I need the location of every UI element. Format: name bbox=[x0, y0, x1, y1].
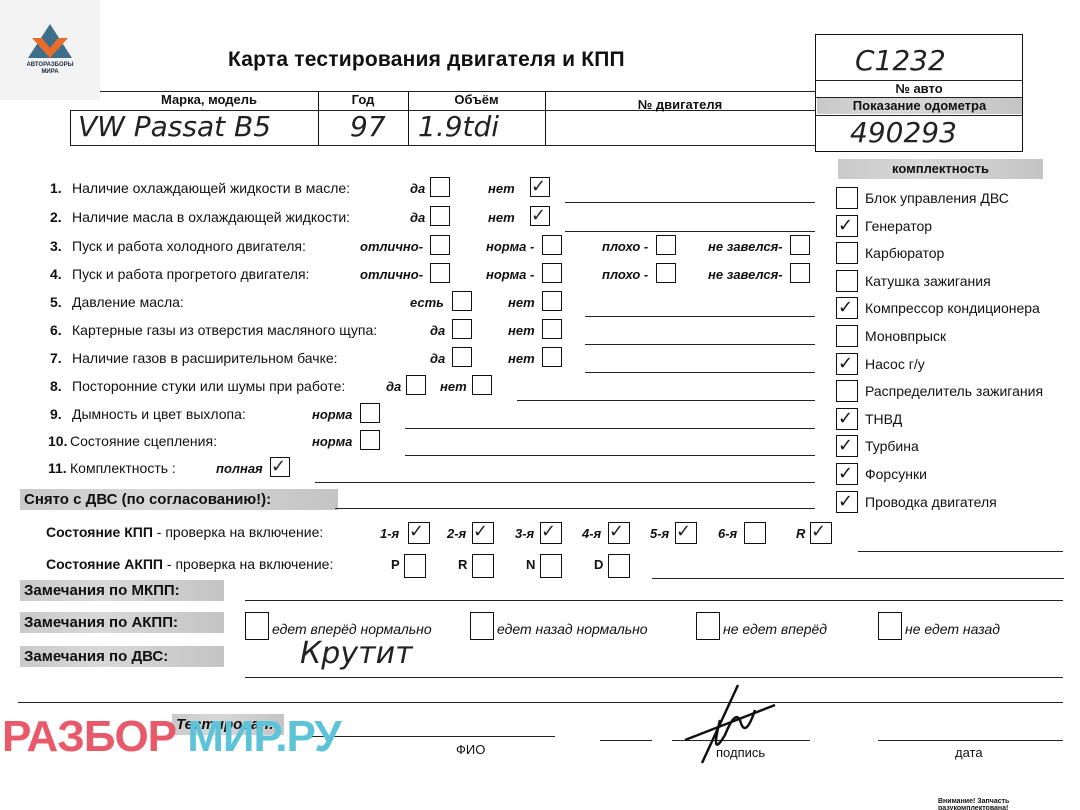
option-checkbox[interactable] bbox=[452, 347, 472, 367]
completeness-item-label: Карбюратор bbox=[865, 245, 944, 261]
year-value: 97 bbox=[350, 110, 386, 143]
logo-text: АВТОРАЗБОРЫМИРА bbox=[0, 62, 100, 76]
completeness-item-label: Форсунки bbox=[865, 466, 927, 482]
check-number: 9. bbox=[50, 406, 62, 422]
option-checkbox[interactable] bbox=[406, 375, 426, 395]
option-checkbox[interactable]: ✓ bbox=[530, 177, 550, 197]
kpp-gear-checkbox[interactable]: ✓ bbox=[408, 522, 430, 544]
completeness-checkbox[interactable]: ✓ bbox=[836, 435, 858, 457]
notes-line bbox=[565, 202, 815, 203]
completeness-checkbox[interactable]: ✓ bbox=[836, 297, 858, 319]
kpp-gear-label: R bbox=[796, 526, 805, 541]
kpp-gear-label: 2-я bbox=[447, 526, 466, 541]
option-checkbox[interactable] bbox=[452, 291, 472, 311]
check-mark-icon: ✓ bbox=[531, 178, 546, 196]
option-checkbox[interactable] bbox=[542, 347, 562, 367]
check-text: Состояние сцепления: bbox=[70, 433, 217, 449]
option-label: да bbox=[430, 351, 445, 366]
akpp-gear-label: N bbox=[526, 557, 535, 572]
check-mark-icon: ✓ bbox=[609, 523, 624, 541]
option-label: норма bbox=[312, 434, 352, 449]
year-label: Год bbox=[318, 92, 408, 107]
option-label: нет bbox=[508, 323, 535, 338]
completeness-item-label: ТНВД bbox=[865, 411, 902, 427]
akpp-remark-checkbox[interactable] bbox=[878, 612, 902, 640]
akpp-remark-checkbox[interactable] bbox=[245, 612, 269, 640]
option-label: отлично- bbox=[360, 239, 423, 254]
check-number: 1. bbox=[50, 180, 62, 196]
completeness-item-label: Проводка двигателя bbox=[865, 494, 997, 510]
check-text: Наличие охлаждающей жидкости в масле: bbox=[72, 180, 350, 196]
date-label: дата bbox=[955, 745, 983, 760]
kpp-gear-label: 3-я bbox=[515, 526, 534, 541]
check-mark-icon: ✓ bbox=[838, 464, 853, 484]
option-checkbox[interactable] bbox=[430, 177, 450, 197]
option-label: полная bbox=[216, 461, 263, 476]
option-label: нет bbox=[440, 379, 467, 394]
completeness-item-label: Распределитель зажигания bbox=[865, 383, 1043, 399]
completeness-checkbox[interactable]: ✓ bbox=[836, 463, 858, 485]
check-number: 11. bbox=[48, 460, 67, 476]
akpp-remark-checkbox[interactable] bbox=[696, 612, 720, 640]
akpp-remark-checkbox[interactable] bbox=[470, 612, 494, 640]
notes-line bbox=[405, 455, 815, 456]
check-text: Комплектность : bbox=[70, 460, 176, 476]
logo: АВТОРАЗБОРЫМИРА bbox=[0, 0, 100, 100]
check-mark-icon: ✓ bbox=[838, 492, 853, 512]
fio-label: ФИО bbox=[456, 742, 485, 757]
akpp-remark-label: не едет вперёд bbox=[723, 621, 827, 637]
completeness-checkbox[interactable] bbox=[836, 187, 858, 209]
check-mark-icon: ✓ bbox=[838, 436, 853, 456]
engine-remarks-value[interactable]: Крутит bbox=[300, 636, 413, 671]
mkpp-remarks-label: Замечания по МКПП: bbox=[20, 580, 224, 601]
completeness-item-label: Компрессор кондиционера bbox=[865, 300, 1040, 316]
option-checkbox[interactable]: ✓ bbox=[270, 457, 290, 477]
kpp-gear-checkbox[interactable]: ✓ bbox=[675, 522, 697, 544]
kpp-gear-checkbox[interactable] bbox=[744, 522, 766, 544]
akpp-gear-label: R bbox=[458, 557, 467, 572]
option-label: норма - bbox=[486, 267, 534, 282]
notes-line bbox=[585, 372, 815, 373]
option-label: норма bbox=[312, 407, 352, 422]
check-text: Наличие газов в расширительном бачке: bbox=[72, 350, 338, 366]
check-text: Посторонние стуки или шумы при работе: bbox=[72, 378, 345, 394]
kpp-gear-checkbox[interactable]: ✓ bbox=[608, 522, 630, 544]
check-mark-icon: ✓ bbox=[838, 354, 853, 374]
notes-line bbox=[585, 344, 815, 345]
completeness-item-label: Катушка зажигания bbox=[865, 273, 991, 289]
check-mark-icon: ✓ bbox=[271, 458, 286, 476]
make-model-label: Марка, модель bbox=[100, 92, 318, 107]
option-label: да bbox=[410, 181, 425, 196]
option-checkbox[interactable] bbox=[452, 319, 472, 339]
engine-remarks-label: Замечания по ДВС: bbox=[20, 646, 224, 667]
check-number: 2. bbox=[50, 209, 62, 225]
option-label: отлично- bbox=[360, 267, 423, 282]
option-checkbox[interactable] bbox=[430, 235, 450, 255]
akpp-remark-label: не едет назад bbox=[905, 621, 1000, 637]
option-checkbox[interactable] bbox=[360, 403, 380, 423]
option-checkbox[interactable] bbox=[542, 263, 562, 283]
completeness-title: комплектность bbox=[838, 159, 1043, 179]
check-text: Дымность и цвет выхлопа: bbox=[72, 406, 246, 422]
volume-label: Объём bbox=[408, 92, 545, 107]
check-number: 6. bbox=[50, 322, 62, 338]
completeness-checkbox[interactable]: ✓ bbox=[836, 215, 858, 237]
option-label: нет bbox=[488, 210, 515, 225]
completeness-checkbox[interactable]: ✓ bbox=[836, 408, 858, 430]
kpp-gear-label: 6-я bbox=[718, 526, 737, 541]
odometer-label: Показание одометра bbox=[817, 98, 1022, 114]
check-text: Пуск и работа холодного двигателя: bbox=[72, 238, 306, 254]
notes-line bbox=[405, 428, 815, 429]
kpp-label: Состояние КПП - проверка на включение: bbox=[46, 524, 323, 540]
watermark: РАЗБОР МИР.РУ bbox=[2, 712, 341, 762]
akpp-remarks-label: Замечания по АКПП: bbox=[20, 612, 224, 633]
option-checkbox[interactable] bbox=[360, 430, 380, 450]
check-number: 5. bbox=[50, 294, 62, 310]
option-checkbox[interactable] bbox=[430, 206, 450, 226]
check-number: 7. bbox=[50, 350, 62, 366]
logo-icon bbox=[28, 24, 72, 60]
option-label: не завелся- bbox=[708, 239, 783, 254]
check-mark-icon: ✓ bbox=[811, 523, 826, 541]
option-label: нет bbox=[488, 181, 515, 196]
option-checkbox[interactable] bbox=[790, 263, 810, 283]
notice-text: Внимание! Запчасть разукомплектована! bbox=[938, 798, 1080, 810]
check-number: 8. bbox=[50, 378, 62, 394]
option-checkbox[interactable] bbox=[656, 235, 676, 255]
option-checkbox[interactable] bbox=[542, 319, 562, 339]
check-number: 3. bbox=[50, 238, 62, 254]
kpp-gear-label: 5-я bbox=[650, 526, 669, 541]
option-label: да bbox=[410, 210, 425, 225]
check-mark-icon: ✓ bbox=[409, 523, 424, 541]
check-text: Давление масла: bbox=[72, 294, 184, 310]
option-label: нет bbox=[508, 295, 535, 310]
option-label: плохо - bbox=[602, 239, 648, 254]
check-text: Пуск и работа прогретого двигателя: bbox=[72, 266, 309, 282]
check-mark-icon: ✓ bbox=[838, 216, 853, 236]
completeness-checkbox[interactable] bbox=[836, 380, 858, 402]
notes-line bbox=[517, 400, 815, 401]
check-number: 4. bbox=[50, 266, 62, 282]
completeness-item-label: Моновпрыск bbox=[865, 328, 946, 344]
option-checkbox[interactable] bbox=[656, 263, 676, 283]
check-number: 10. bbox=[48, 433, 67, 449]
signature-scribble bbox=[680, 680, 780, 765]
akpp-remark-label: едет назад нормально bbox=[497, 621, 648, 637]
kpp-gear-label: 1-я bbox=[380, 526, 399, 541]
kpp-gear-checkbox[interactable]: ✓ bbox=[472, 522, 494, 544]
check-mark-icon: ✓ bbox=[838, 409, 853, 429]
option-label: норма - bbox=[486, 239, 534, 254]
option-label: есть bbox=[410, 295, 444, 310]
completeness-item-label: Насос г/у bbox=[865, 356, 925, 372]
notes-line bbox=[315, 482, 815, 483]
option-label: да bbox=[386, 379, 401, 394]
check-mark-icon: ✓ bbox=[676, 523, 691, 541]
akpp-label: Состояние АКПП - проверка на включение: bbox=[46, 556, 333, 572]
option-checkbox[interactable] bbox=[542, 291, 562, 311]
completeness-checkbox[interactable] bbox=[836, 325, 858, 347]
volume-value: 1.9tdi bbox=[418, 110, 499, 143]
akpp-gear-label: D bbox=[594, 557, 603, 572]
kpp-gear-checkbox[interactable]: ✓ bbox=[540, 522, 562, 544]
akpp-gear-checkbox[interactable] bbox=[404, 554, 426, 578]
option-label: да bbox=[430, 323, 445, 338]
option-checkbox[interactable] bbox=[472, 375, 492, 395]
completeness-checkbox[interactable]: ✓ bbox=[836, 353, 858, 375]
kpp-gear-label: 4-я bbox=[582, 526, 601, 541]
completeness-item-label: Генератор bbox=[865, 218, 932, 234]
make-model-value: VW Passat B5 bbox=[78, 110, 271, 143]
option-checkbox[interactable] bbox=[430, 263, 450, 283]
notes-line bbox=[565, 231, 815, 232]
akpp-remark-label: едет вперёд нормально bbox=[272, 621, 432, 637]
option-label: нет bbox=[508, 351, 535, 366]
notes-line bbox=[585, 316, 815, 317]
kpp-gear-checkbox[interactable]: ✓ bbox=[810, 522, 832, 544]
option-checkbox[interactable] bbox=[542, 235, 562, 255]
akpp-gear-checkbox[interactable] bbox=[540, 554, 562, 578]
completeness-checkbox[interactable] bbox=[836, 242, 858, 264]
removed-from-engine-label: Снято с ДВС (по согласованию!): bbox=[20, 489, 338, 510]
check-mark-icon: ✓ bbox=[531, 207, 546, 225]
check-text: Наличие масла в охлаждающей жидкости: bbox=[72, 209, 350, 225]
completeness-item-label: Блок управления ДВС bbox=[865, 190, 1009, 206]
engine-number-label: № двигателя bbox=[545, 97, 815, 112]
car-number-value: C1232 bbox=[855, 44, 946, 77]
akpp-gear-label: P bbox=[391, 557, 400, 572]
option-label: плохо - bbox=[602, 267, 648, 282]
option-checkbox[interactable] bbox=[790, 235, 810, 255]
check-text: Картерные газы из отверстия масляного щу… bbox=[72, 322, 377, 338]
car-number-label: № авто bbox=[815, 81, 1023, 96]
page-title: Карта тестирования двигателя и КПП bbox=[228, 48, 625, 72]
check-mark-icon: ✓ bbox=[473, 523, 488, 541]
completeness-checkbox[interactable] bbox=[836, 270, 858, 292]
completeness-item-label: Турбина bbox=[865, 438, 919, 454]
odometer-value: 490293 bbox=[850, 116, 957, 149]
check-mark-icon: ✓ bbox=[838, 298, 853, 318]
option-label: не завелся- bbox=[708, 267, 783, 282]
akpp-gear-checkbox[interactable] bbox=[608, 554, 630, 578]
check-mark-icon: ✓ bbox=[541, 523, 556, 541]
akpp-gear-checkbox[interactable] bbox=[472, 554, 494, 578]
completeness-checkbox[interactable]: ✓ bbox=[836, 491, 858, 513]
option-checkbox[interactable]: ✓ bbox=[530, 206, 550, 226]
